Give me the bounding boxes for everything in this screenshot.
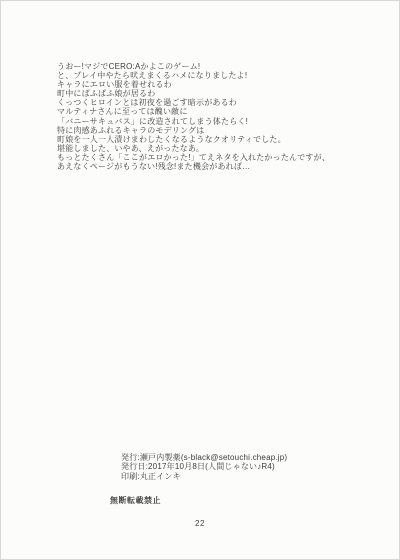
colophon-printer: 印刷:丸正インキ	[121, 472, 287, 481]
afterword-line: と、プレイ中やたら吠えまくるハメになりましたよ!	[57, 71, 357, 80]
afterword-line: もっとたくさん「ここがエロかった!」てえネタを入れたかったんですが、	[57, 153, 357, 162]
copyright-notice: 無断転載禁止	[110, 495, 161, 506]
afterword-line: 町中にぱふぱふ娘が居るわ	[57, 89, 357, 98]
afterword-line: 町娘を一人一人漬けまわしたくなるようなクオリティでした。	[57, 135, 357, 144]
scanned-doujin-page: うおー!マジでCERO:Aかよこのゲーム! と、プレイ中やたら吠えまくるハメにな…	[0, 0, 400, 560]
afterword-text-block: うおー!マジでCERO:Aかよこのゲーム! と、プレイ中やたら吠えまくるハメにな…	[57, 62, 357, 171]
colophon-publish-date: 発行日:2017年10月8日(人間じゃない♪R4)	[121, 462, 287, 471]
afterword-line: 「バニーサキュバス」に改造されてしまう体たらく!	[57, 117, 357, 126]
colophon-block: 発行:瀬戸内製薬(s-black@setouchi.cheap.jp) 発行日:…	[121, 453, 287, 481]
page-number: 22	[0, 519, 400, 528]
afterword-line: 特に肉感あふれるキャラのモデリングは	[57, 126, 357, 135]
afterword-line: あえなくページがもうない!残念!また機会があれば…	[57, 162, 357, 171]
afterword-line: 堪能しました、いやあ、えがったなあ。	[57, 144, 357, 153]
colophon-publisher: 発行:瀬戸内製薬(s-black@setouchi.cheap.jp)	[121, 453, 287, 462]
afterword-line: キャラにエロい服を着せれるわ	[57, 80, 357, 89]
afterword-line: マルティナさんに至っては醜い敵に	[57, 107, 357, 116]
afterword-line: うおー!マジでCERO:Aかよこのゲーム!	[57, 62, 357, 71]
